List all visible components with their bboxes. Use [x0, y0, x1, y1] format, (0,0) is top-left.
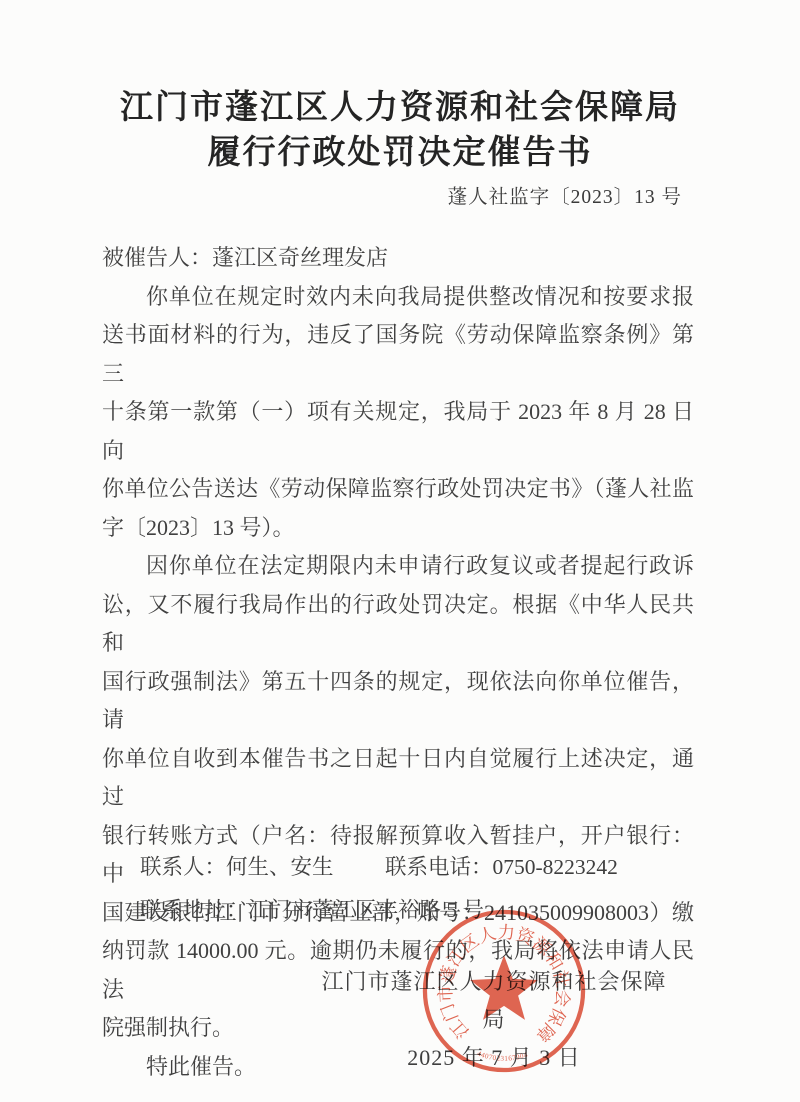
document-page: 江门市蓬江区人力资源和社会保障局 履行行政处罚决定催告书 蓬人社监字〔2023〕… — [0, 0, 800, 1102]
contact-address-value: 江门市蓬江区丰裕路 5 号 — [248, 898, 485, 922]
contact-address: 联系地址：江门市蓬江区丰裕路 5 号 — [140, 889, 694, 932]
body-line: 十条第一款第（一）项有关规定，我局于 2023 年 8 月 28 日向 — [102, 393, 694, 470]
document-body: 被催告人：蓬江区奇丝理发店 你单位在规定时效内未向我局提供整改情况和按要求报 送… — [102, 239, 694, 1086]
contact-address-label: 联系地址： — [140, 898, 248, 922]
document-title: 江门市蓬江区人力资源和社会保障局 履行行政处罚决定催告书 — [0, 86, 800, 176]
body-line: 送书面材料的行为，违反了国务院《劳动保障监察条例》第三 — [102, 316, 694, 393]
body-line: 讼，又不履行我局作出的行政处罚决定。根据《中华人民共和 — [102, 586, 694, 663]
contact-phone-value: 0750-8223242 — [493, 855, 618, 879]
contact-phone: 联系电话：0750-8223242 — [385, 846, 618, 889]
document-number: 蓬人社监字〔2023〕13 号 — [448, 181, 682, 209]
body-line: 你单位自收到本催告书之日起十日内自觉履行上述决定，通过 — [102, 740, 694, 817]
signature-block: 江门市蓬江区人力资源和社会保障局 2025 年 7 月 3 日 — [318, 963, 670, 1077]
body-line: 被催告人：蓬江区奇丝理发店 — [102, 239, 694, 278]
body-line: 国行政强制法》第五十四条的规定，现依法向你单位催告，请 — [102, 663, 694, 740]
issuing-agency: 江门市蓬江区人力资源和社会保障局 — [318, 963, 670, 1039]
contact-person: 联系人：何生、安生 — [140, 855, 334, 879]
body-line: 因你单位在法定期限内未申请行政复议或者提起行政诉 — [102, 547, 694, 586]
body-line: 字〔2023〕13 号）。 — [102, 509, 694, 548]
body-line: 你单位公告送达《劳动保障监察行政处罚决定书》（蓬人社监 — [102, 470, 694, 509]
body-line: 你单位在规定时效内未向我局提供整改情况和按要求报 — [102, 278, 694, 317]
issue-date: 2025 年 7 月 3 日 — [318, 1039, 670, 1077]
contact-row: 联系人：何生、安生 联系电话：0750-8223242 — [140, 846, 694, 889]
contact-person-value: 何生、安生 — [226, 855, 334, 879]
contact-person-label: 联系人： — [140, 855, 226, 879]
document-title-line2: 履行行政处罚决定催告书 — [0, 131, 800, 176]
contact-block: 联系人：何生、安生 联系电话：0750-8223242 联系地址：江门市蓬江区丰… — [140, 846, 694, 932]
document-title-line1: 江门市蓬江区人力资源和社会保障局 — [0, 86, 800, 131]
contact-phone-label: 联系电话： — [385, 855, 493, 879]
